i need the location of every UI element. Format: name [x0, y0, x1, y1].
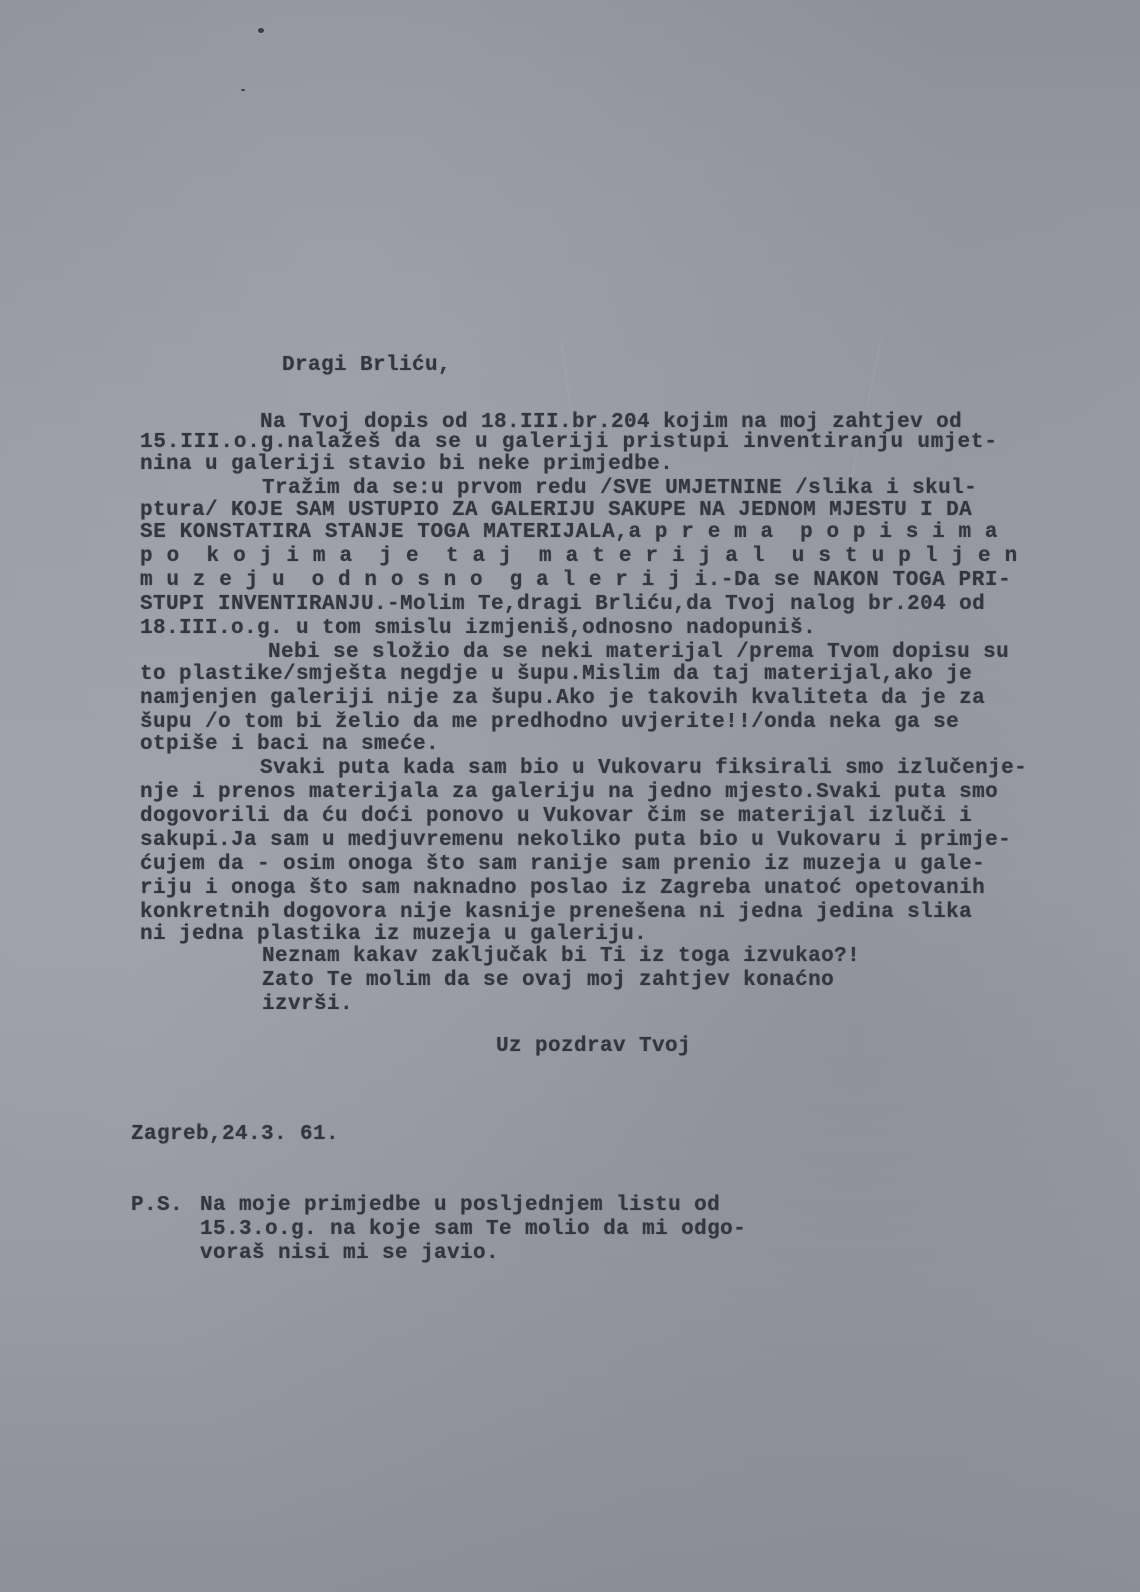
body-line: riju i onoga što sam naknadno poslao iz … [140, 878, 985, 899]
letter-page: Dragi Brliću, Na Tvoj dopis od 18.III.br… [0, 0, 1140, 1592]
postscript-line: 15.3.o.g. na koje sam Te molio da mi odg… [200, 1219, 746, 1240]
body-line: dogovorili da ću doći ponovo u Vukovar č… [140, 806, 972, 827]
body-line: namjenjen galeriji nije za šupu.Ako je t… [140, 688, 985, 709]
body-line: šupu /o tom bi želio da me predhodno uvj… [140, 712, 959, 733]
body-line: m u z e j u o d n o s n o g a l e r i j … [140, 570, 1011, 591]
body-line: SE KONSTATIRA STANJE TOGA MATERIJALA,a p… [140, 522, 998, 543]
body-line: Neznam kakav zaključak bi Ti iz toga izv… [262, 946, 860, 967]
place-date: Zagreb,24.3. 61. [131, 1124, 339, 1145]
ink-spot [241, 89, 245, 91]
paper-crease [851, 340, 882, 477]
body-line: ni jedna plastika iz muzeja u galeriju. [140, 924, 647, 945]
body-line: ptura/ KOJE SAM USTUPIO ZA GALERIJU SAKU… [140, 500, 972, 521]
postscript-label: P.S. [131, 1195, 183, 1216]
body-line: Na Tvoj dopis od 18.III.br.204 kojim na … [260, 412, 962, 433]
ink-spot [258, 28, 264, 33]
postscript-line: Na moje primjedbe u posljednjem listu od [200, 1195, 720, 1216]
body-line: Tražim da se:u prvom redu /SVE UMJETNINE… [262, 478, 977, 499]
body-line: Zato Te molim da se ovaj moj zahtjev kon… [262, 970, 834, 991]
body-line: otpiše i baci na smeće. [140, 734, 439, 755]
body-line: sakupi.Ja sam u medjuvremenu nekoliko pu… [140, 830, 1011, 851]
body-line: izvrši. [262, 994, 353, 1015]
closing: Uz pozdrav Tvoj [496, 1036, 691, 1057]
salutation: Dragi Brliću, [282, 355, 451, 376]
body-line: STUPI INVENTIRANJU.-Molim Te,dragi Brlić… [140, 594, 985, 615]
body-line: nje i prenos materijala za galeriju na j… [140, 782, 998, 803]
body-line: ćujem da - osim onoga što sam ranije sam… [140, 854, 985, 875]
body-line: to plastike/smješta negdje u šupu.Mislim… [140, 664, 972, 685]
body-line: konkretnih dogovora nije kasnije preneše… [140, 902, 972, 923]
body-line: 15.III.o.g.nalažeš da se u galeriji pris… [140, 432, 998, 453]
body-line: Svaki puta kada sam bio u Vukovaru fiksi… [260, 758, 1027, 779]
body-line: Nebi se složio da se neki materijal /pre… [268, 642, 1009, 663]
body-line: p o k o j i m a j e t a j m a t e r i j … [140, 546, 1018, 567]
body-line: 18.III.o.g. u tom smislu izmjeniš,odnosn… [140, 618, 816, 639]
postscript-line: voraš nisi mi se javio. [200, 1243, 499, 1264]
body-line: nina u galeriji stavio bi neke primjedbe… [140, 454, 673, 475]
